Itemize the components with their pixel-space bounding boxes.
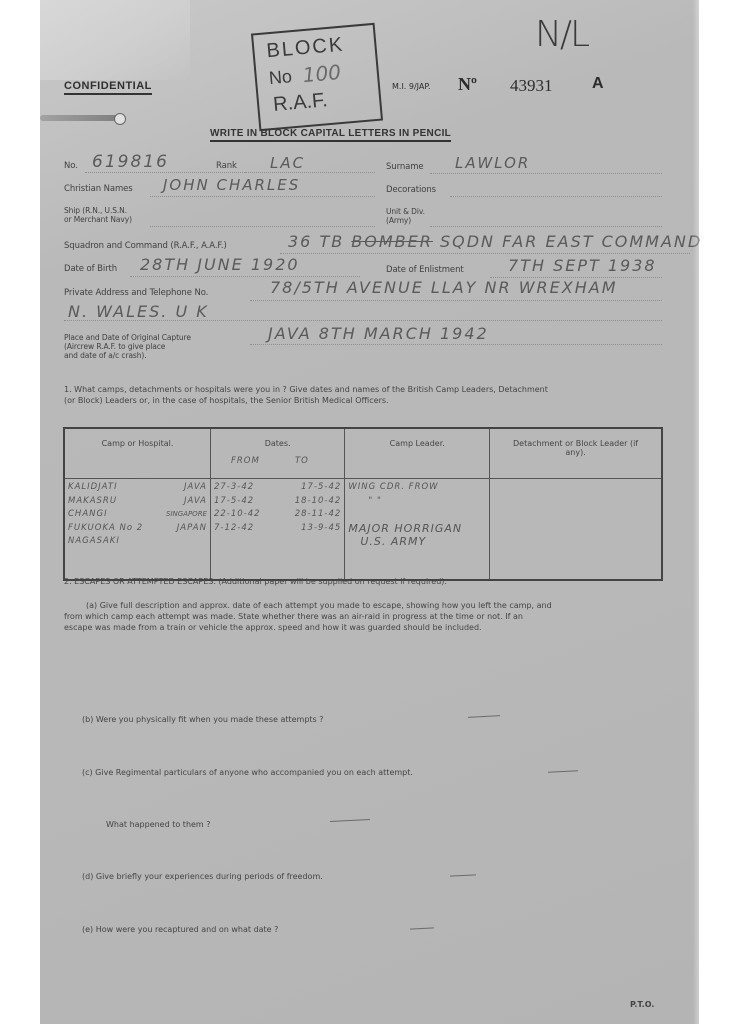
- surname-label: Surname: [386, 162, 424, 172]
- number-prefix: Nº: [458, 74, 477, 95]
- section2-question-c-followup: What happened to them ?: [106, 820, 211, 829]
- camp-leader-cell: [348, 508, 486, 522]
- section2-question-c: (c) Give Regimental particulars of anyon…: [82, 768, 413, 777]
- camps-table-body: KALIDJATIJAVA MAKASRUJAVA CHANGISINGAPOR…: [64, 479, 662, 581]
- handwritten-initials: N/L: [535, 14, 588, 55]
- answer-dash: [410, 927, 434, 929]
- capture-value: JAVA 8TH MARCH 1942: [268, 324, 489, 343]
- no-label: No.: [64, 161, 78, 171]
- date-row: 7-12-4213-9-45: [214, 522, 341, 536]
- address-value-line2: N. WALES. U K: [68, 302, 209, 321]
- table-row: FUKUOKA No 2JAPAN: [68, 522, 207, 536]
- date-row: 17-5-4218-10-42: [214, 495, 341, 509]
- date-of-enlistment-value: 7TH SEPT 1938: [508, 256, 657, 275]
- unit-label: Unit & Div. (Army): [386, 207, 425, 225]
- decorations-label: Decorations: [386, 185, 436, 195]
- section1-question-line2: (or Block) Leaders or, in the case of ho…: [64, 395, 674, 406]
- squadron-struck-text: BOMBER: [351, 232, 433, 251]
- section2-title: 2. ESCAPES OR ATTEMPTED ESCAPES. (Additi…: [64, 577, 447, 586]
- pto-label: P.T.O.: [630, 1000, 654, 1009]
- unit-label-line2: (Army): [386, 216, 425, 225]
- form-suffix: A: [592, 75, 604, 93]
- camps-table-header: Camp or Hospital. Dates. FROM TO Camp Le…: [64, 428, 662, 479]
- to-subheader: TO: [295, 455, 309, 469]
- date-row: 27-3-4217-5-42: [214, 481, 341, 495]
- no-value: 619816: [92, 152, 169, 172]
- block-stamp: BLOCK No 100 R.A.F.: [251, 23, 383, 131]
- header-camp-leader: Camp Leader.: [345, 428, 490, 479]
- surname-value: LAWLOR: [455, 154, 530, 172]
- capture-label-line1: Place and Date of Original Capture: [64, 333, 191, 342]
- question-a-line1: (a) Give full description and approx. da…: [64, 600, 684, 611]
- section2-question-b: (b) Were you physically fit when you mad…: [82, 715, 324, 724]
- camp-leader-cell: WING CDR. FROW: [348, 481, 486, 495]
- header-block-leader: Detachment or Block Leader (if any).: [490, 428, 662, 479]
- date-row: 22-10-4228-11-42: [214, 508, 341, 522]
- header-dates: Dates. FROM TO: [210, 428, 344, 479]
- address-label: Private Address and Telephone No.: [64, 288, 208, 298]
- rank-value: LAC: [270, 154, 305, 172]
- date-of-birth-value: 28TH JUNE 1920: [140, 255, 300, 274]
- date-of-birth-label: Date of Birth: [64, 264, 117, 274]
- question-a-line3: escape was made from a train or vehicle …: [64, 622, 684, 633]
- stamp-no-text: No: [268, 66, 293, 89]
- section2-question-a: (a) Give full description and approx. da…: [64, 600, 684, 633]
- form-number: 43931: [510, 76, 553, 96]
- ship-label: Ship (R.N., U.S.N. or Merchant Navy): [64, 206, 132, 224]
- capture-label-line2: (Aircrew R.A.F. to give place: [64, 342, 191, 351]
- form-reference: M.I. 9/JAP.: [392, 82, 431, 91]
- ship-label-line2: or Merchant Navy): [64, 215, 132, 224]
- block-leader-column: [490, 479, 662, 581]
- stamp-block-text: BLOCK: [266, 34, 346, 64]
- paper-fold-shading: [40, 0, 190, 80]
- document-page: CONFIDENTIAL BLOCK No 100 R.A.F. N/L M.I…: [40, 0, 699, 1024]
- question-a-line2: from which camp each attempt was made. S…: [64, 611, 684, 622]
- section1-question: 1. What camps, detachments or hospitals …: [64, 384, 674, 406]
- section2-question-e: (e) How were you recaptured and on what …: [82, 925, 278, 934]
- section1-question-line1: 1. What camps, detachments or hospitals …: [64, 384, 674, 395]
- christian-names-label: Christian Names: [64, 184, 133, 194]
- ship-label-line1: Ship (R.N., U.S.N.: [64, 206, 132, 215]
- date-of-enlistment-label: Date of Enlistment: [386, 265, 464, 275]
- table-row: CHANGISINGAPORE: [68, 508, 207, 522]
- squadron-value: 36 TB BOMBER SQDN FAR EAST COMMAND: [288, 232, 702, 251]
- camps-table: Camp or Hospital. Dates. FROM TO Camp Le…: [63, 427, 663, 581]
- classification-label: CONFIDENTIAL: [64, 80, 152, 95]
- header-dates-label: Dates.: [212, 439, 343, 448]
- camp-leader-cell: U.S. ARMY: [348, 535, 486, 549]
- header-camp-or-hospital: Camp or Hospital.: [64, 428, 210, 479]
- christian-names-value: JOHN CHARLES: [163, 176, 300, 194]
- camp-column: KALIDJATIJAVA MAKASRUJAVA CHANGISINGAPOR…: [64, 479, 210, 581]
- answer-dash: [548, 770, 578, 773]
- rank-label: Rank: [216, 161, 237, 171]
- capture-label: Place and Date of Original Capture (Airc…: [64, 333, 191, 360]
- dates-column: 27-3-4217-5-42 17-5-4218-10-42 22-10-422…: [210, 479, 344, 581]
- squadron-number: 36 TB: [288, 232, 344, 251]
- pin-head-icon: [114, 113, 126, 125]
- unit-label-line1: Unit & Div.: [386, 207, 425, 216]
- table-row: NAGASAKI: [68, 535, 207, 549]
- pin-mark: [40, 115, 120, 121]
- stamp-raf-text: R.A.F.: [272, 89, 328, 117]
- squadron-command: SQDN FAR EAST COMMAND: [440, 232, 702, 251]
- instruction-text: WRITE IN BLOCK CAPITAL LETTERS IN PENCIL: [210, 128, 451, 142]
- camp-leader-cell: MAJOR HORRIGAN: [348, 522, 486, 536]
- table-row: MAKASRUJAVA: [68, 495, 207, 509]
- answer-dash: [330, 819, 370, 822]
- camp-leader-cell: " ": [348, 495, 486, 509]
- stamp-handwritten-number: 100: [302, 60, 342, 87]
- table-row: KALIDJATIJAVA: [68, 481, 207, 495]
- address-value-line1: 78/5TH AVENUE LLAY NR WREXHAM: [270, 278, 618, 297]
- camp-leader-column: WING CDR. FROW " " MAJOR HORRIGAN U.S. A…: [345, 479, 490, 581]
- squadron-label: Squadron and Command (R.A.F., A.A.F.): [64, 241, 227, 251]
- answer-dash: [450, 874, 476, 876]
- answer-dash: [468, 715, 500, 718]
- section2-question-d: (d) Give briefly your experiences during…: [82, 872, 323, 881]
- from-subheader: FROM: [231, 455, 260, 469]
- capture-label-line3: and date of a/c crash).: [64, 351, 191, 360]
